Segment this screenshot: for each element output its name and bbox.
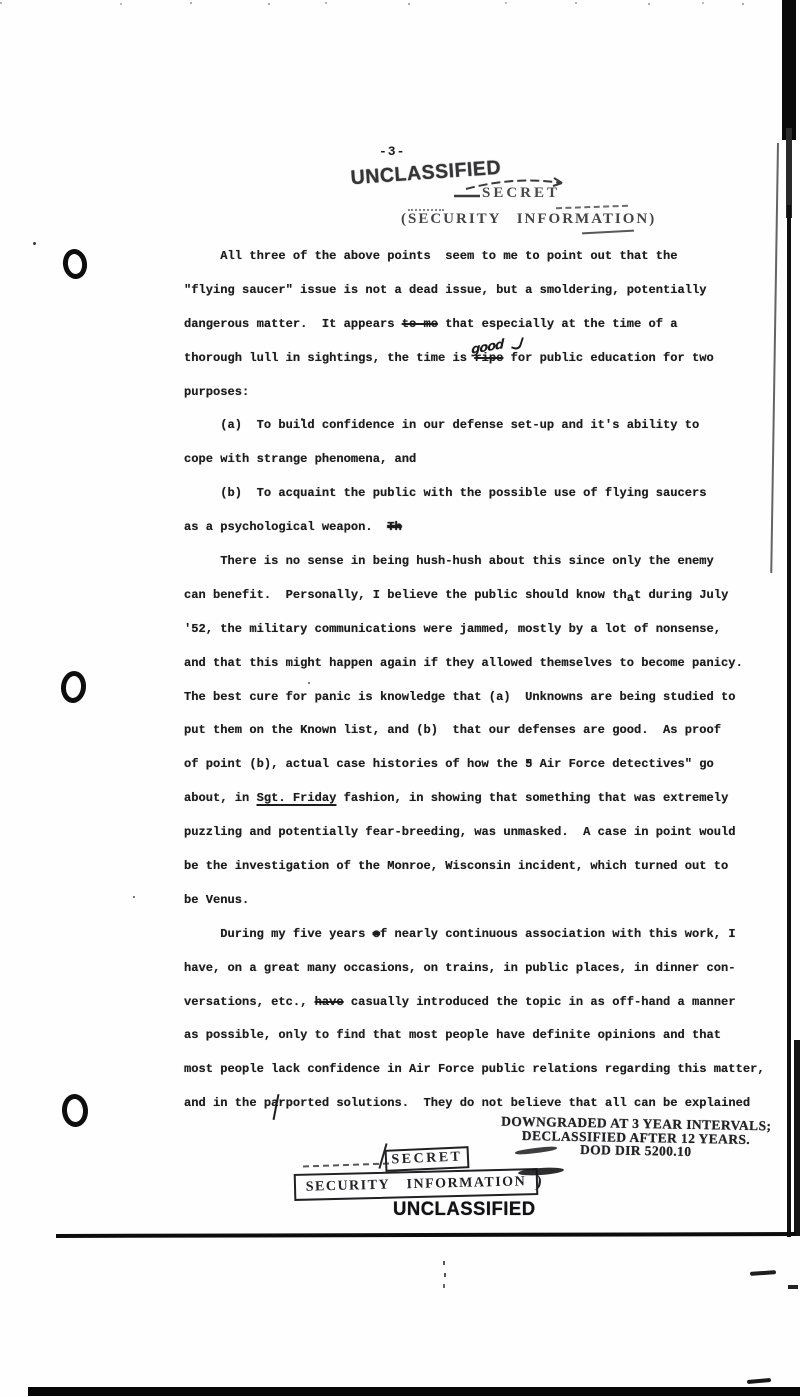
document-line: During my five years of nearly continuou… [184,918,765,952]
document-line: The best cure for panic is knowledge tha… [184,681,765,715]
text-segment: a [271,1096,278,1110]
paper-dust-top [0,2,2,4]
unclassified-stamp-bottom: UNCLASSIFIED [393,1198,536,1221]
text-segment: have [315,995,344,1009]
scan-edge-right-far [794,1040,800,1236]
document-line: can benefit. Personally, I believe the p… [184,579,765,613]
text-segment: Sgt. Friday [257,791,337,805]
text-segment: to me [402,317,438,331]
text-segment: Th [387,520,402,534]
document-line: be the investigation of the Monroe, Wisc… [184,850,765,884]
scan-mark-right-1 [750,1270,776,1276]
document-line: versations, etc., have casually introduc… [184,986,765,1020]
security-information-stamp-bottom: SECURITY INFORMATION [294,1168,539,1201]
document-line: put them on the Known list, and (b) that… [184,714,765,748]
scan-scratch-line [770,143,779,573]
document-line: of point (b), actual case histories of h… [184,748,765,782]
document-line: purposes: [184,376,765,410]
document-page: -3- UNCLASSIFIED SECRET (SECURITY INFORM… [0,0,800,1397]
hole-punch-ring [61,1093,89,1128]
document-line: dangerous matter. It appears to me that … [184,308,765,342]
document-line: as a psychological weapon. Th [184,511,765,545]
text-segment: 5 [525,757,532,771]
stamp-stroke [303,1162,389,1167]
document-line: about, in Sgt. Friday fashion, in showin… [184,782,765,816]
scan-edge-right-line [787,205,791,1237]
document-line: '52, the military communications were ja… [184,613,765,647]
document-line: "flying saucer" issue is not a dead issu… [184,274,765,308]
scan-mark-right-3 [747,1378,771,1384]
document-line: There is no sense in being hush-hush abo… [184,545,765,579]
text-segment: o [373,927,380,941]
document-line: be Venus. [184,884,765,918]
document-line: puzzling and potentially fear-breeding, … [184,816,765,850]
document-line: cope with strange phenomena, and [184,443,765,477]
document-body-text: All three of the above points seem to me… [184,240,765,1121]
document-line: as possible, only to find that most peop… [184,1019,765,1053]
downgraded-declassified-stamp: DOWNGRADED AT 3 YEAR INTERVALS; DECLASSI… [500,1115,773,1160]
document-line: and that this might happen again if they… [184,647,765,681]
paper-speck [133,896,135,898]
hole-punch-ring [59,670,87,704]
secret-stamp-bottom: SECRET [385,1146,470,1172]
document-line: (b) To acquaint the public with the poss… [184,477,765,511]
secret-strike-arrow-mark [452,174,577,206]
scan-mark-right-2 [788,1285,798,1289]
scan-edge-right-bar [782,0,796,140]
security-information-stamp-top: (SECURITY INFORMATION) [401,211,656,228]
scan-speck-column [443,1261,445,1265]
document-line: All three of the above points seem to me… [184,240,765,274]
page-bottom-edge-line [56,1232,796,1237]
document-line: most people lack confidence in Air Force… [184,1053,765,1087]
stamp-stroke [582,230,634,235]
text-segment: a [627,582,634,616]
scan-bottom-bar [28,1387,800,1396]
paper-speck [33,242,36,245]
hole-punch-ring [61,247,89,280]
document-line: have, on a great many occasions, on trai… [184,952,765,986]
stamp-stroke [408,209,444,211]
document-line: (a) To build confidence in our defense s… [184,409,765,443]
page-number: -3- [379,144,405,159]
